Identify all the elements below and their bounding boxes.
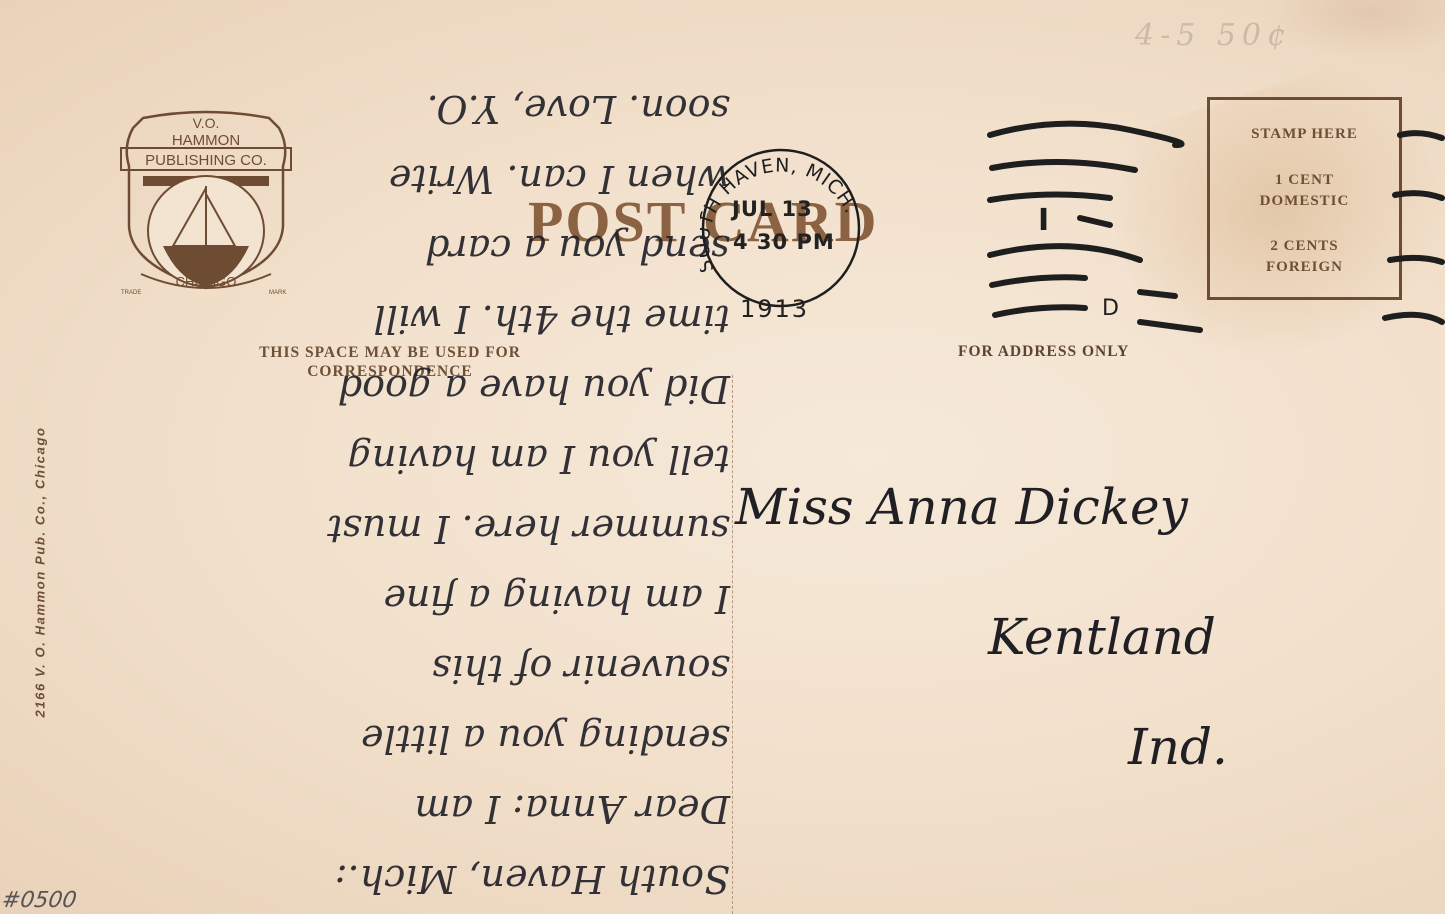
postmark-year: 1913 bbox=[740, 295, 809, 323]
message-line: souvenir of this bbox=[50, 634, 730, 704]
svg-text:D: D bbox=[1102, 296, 1119, 321]
pencil-price-note: 4-5 50¢ bbox=[1135, 18, 1292, 53]
message-line: Did you have a good bbox=[50, 354, 730, 424]
message-line: when I can. Write bbox=[50, 144, 730, 214]
postmark-time: 4 30 PM bbox=[733, 230, 835, 254]
message-line: South Haven, Mich.: bbox=[50, 844, 730, 914]
message-line: I am having a fine bbox=[50, 564, 730, 634]
address-recipient: Miss Anna Dickey bbox=[735, 478, 1188, 536]
divider-line bbox=[732, 375, 733, 914]
handwritten-message: South Haven, Mich.: Dear Anna: I am send… bbox=[50, 0, 730, 914]
address-city: Kentland bbox=[988, 608, 1216, 666]
message-line: soon. Love, Y.O. bbox=[50, 74, 730, 144]
message-line: send you a card bbox=[50, 214, 730, 284]
message-line: time the 4th. I will bbox=[50, 284, 730, 354]
cancel-wavy-lines: I D bbox=[980, 110, 1445, 340]
catalog-number: #0500 bbox=[0, 888, 78, 913]
address-state: Ind. bbox=[1128, 718, 1228, 776]
address-label: FOR ADDRESS ONLY bbox=[958, 343, 1129, 361]
message-line: sending you a little bbox=[50, 704, 730, 774]
message-line: Dear Anna: I am bbox=[50, 774, 730, 844]
message-line: tell you I am having bbox=[50, 424, 730, 494]
message-line: summer here. I must bbox=[50, 494, 730, 564]
publisher-credit: 2166 V. O. Hammon Pub. Co., Chicago bbox=[33, 338, 48, 718]
postcard-back: 4-5 50¢ V.O. HAMMON PUBLISHING CO. CHICA… bbox=[0, 0, 1445, 914]
svg-text:I: I bbox=[1038, 203, 1049, 238]
postmark-date: JUL 13 bbox=[732, 197, 813, 221]
